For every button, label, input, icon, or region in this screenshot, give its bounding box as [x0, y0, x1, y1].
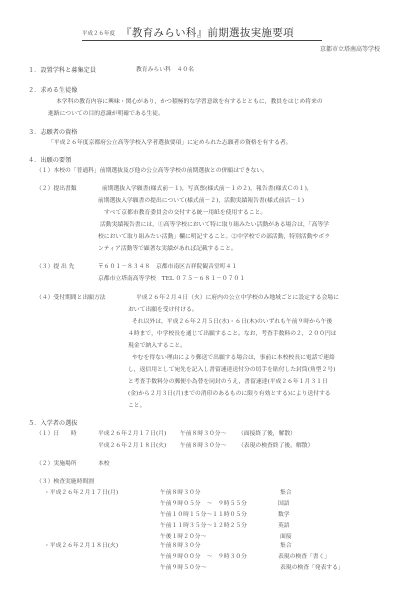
section-4-item-2-line: 活動実績報告書には，①高等学校において特に取り組みたい活動がある場合は，「高等学 [100, 223, 329, 229]
section-4-item-2-line: ンティア活動等で顕著な実績があれば記載すること。 [98, 247, 237, 253]
section-5-item-3-label: （３）検査実施時間割 [36, 480, 94, 486]
timetable-time: 午前９時００分 ～ ９時３０分 [160, 555, 247, 561]
section-5-item-2-label: （２）実施場所 [36, 462, 77, 468]
timetable-time: 午後１時２０分～ [160, 535, 206, 541]
section-1-heading: １．設置学科と募集定員 [28, 68, 96, 74]
section-2-line: 本学科の教育内容に興味・関心があり，かつ積極的な学習意欲を有するとともに，教員を… [56, 100, 323, 106]
section-4-item-4-line: ４時まで，中学校長を通じて出願すること。なお，考査手数料の２，２００円は [128, 332, 337, 338]
timetable-subject: 集合 [280, 544, 292, 550]
section-2-heading: ２．求める生徒像 [28, 88, 78, 94]
schedule-note: （面接終了後，解散） [238, 432, 296, 438]
section-5-heading: ５．入学者の選抜 [28, 421, 78, 427]
school-name: 京都市立塔南高等学校 [320, 47, 380, 53]
timetable-subject: 面接 [280, 535, 292, 541]
section-4-item-3-line: 〒６０１－８３４８ 京都市南区吉祥院観音堂町４１ [98, 265, 237, 271]
section-3-line: 「平成２６年度京都府公立高等学校入学者選抜要項」に定められた志願者の資格を有する… [48, 141, 291, 147]
section-4-item-4-line: 平成２６年２月４日（火）に府内の公立中学校のみ地域ごとに設定する会場に [136, 296, 339, 302]
schedule-date: 平成２６年２月１８日(火) [98, 444, 166, 450]
timetable-subject: 表現の検査「書く」 [278, 555, 330, 561]
section-4-item-4-line: それ以外は，平成２６年２月５日(水)・６日(木)のいずれも午前９時から午後 [132, 320, 332, 326]
timetable-subject: 集合 [280, 491, 292, 497]
timetable-day-date: ・平成２６年２月１８日(火) [44, 544, 118, 550]
section-3-heading: ３．志願者の資格 [28, 130, 78, 136]
section-4-heading: ４．出願の要領 [28, 158, 71, 164]
section-4-item-4-line: (金)から２月３日(月)までの消印のあるものに限り有効とする)により送付する [128, 392, 331, 398]
timetable-time: 午前１１時３５分～１２時２５分 [160, 524, 247, 530]
section-4-item-2-line: 前期選抜入学願書(様式前－１)，写真票(様式前－１の２)，報告書(様式Ｃの１)， [102, 187, 313, 193]
section-4-item-2-label: （２）提出書類 [36, 187, 77, 193]
timetable-subject: 表現の検査「発表する」 [280, 566, 344, 572]
title-year: 平成２６年度 [82, 31, 115, 37]
timetable-day-date: ・平成２６年２月１７日(月) [44, 491, 118, 497]
document-title: 平成２６年度『教育みらい科』前期選抜実施要項 [82, 28, 322, 41]
section-4-item-4-label: （４）受付期間と出願方法 [36, 296, 106, 302]
timetable-time: 午前８時３０分 [160, 544, 201, 550]
section-4-item-2-line: すべて京都市教育委員会の交付する統一用紙を使用すること。 [104, 211, 266, 217]
section-4-item-4-line: と考査手数料分の郵便小為替を同封のうえ，書留速達(平成２６年１月３１日 [128, 380, 328, 386]
timetable-time: 午前９時０５分 ～ ９時５５分 [160, 502, 247, 508]
timetable-subject: 国語 [278, 502, 290, 508]
schedule-time: 午前８時３０分～ [180, 444, 226, 450]
section-4-item-4-line: し，返信用として宛先を記入し書留速達送付分の切手を貼付した封筒(角型２号) [128, 368, 335, 374]
timetable-time: 午前８時３０分 [160, 491, 201, 497]
schedule-date: 平成２６年２月１７日(月) [98, 432, 166, 438]
section-4-item-4-line: おいて出願を受け付ける。 [128, 308, 198, 314]
timetable-time: 午前９時５０分～ [160, 566, 206, 572]
section-5-item-2-value: 本校 [98, 462, 110, 468]
timetable-subject: 英語 [278, 524, 290, 530]
section-2-line: 進路についての目的意識が明確である生徒。 [48, 112, 164, 118]
title-main: 『教育みらい科』前期選抜実施要項 [121, 27, 294, 39]
schedule-time: 午前８時３０分～ [180, 432, 226, 438]
section-4-item-3-line: 京都市立塔南高等学校 TEL ０７５－６８１－０７０１ [98, 277, 245, 283]
timetable-time: 午前１０時１５分～１１時０５分 [160, 513, 247, 519]
section-4-item-2-line: 前期選抜入学願書の提出について(様式前－２)，活動実績報告書(様式前活－１) [98, 199, 304, 205]
schedule-note: （表現の検査終了後，解散） [238, 444, 313, 450]
section-1-value: 教育みらい科 ４０名 [136, 68, 194, 74]
section-4-item-3-label: （３）提 出 先 [36, 265, 74, 271]
section-5-item-1-label: （１）日 時 [36, 432, 77, 438]
section-4-item-1: （１）本校の「普通科」前期選抜及び他の公立高等学校の前期選抜との併願はできない。 [36, 169, 268, 175]
section-4-item-4-line: やむを得ない理由により郵送で出願する場合は，事前に本校校長に電話で連絡 [132, 356, 335, 362]
timetable-subject: 数学 [278, 513, 290, 519]
section-4-item-2-line: 校において取り組みたい活動」欄に明記すること。②中学校での部活動，特別活動やボラ [98, 235, 330, 241]
section-4-item-4-line: こと。 [128, 404, 145, 410]
section-4-item-4-line: 現金で納入すること。 [128, 344, 186, 350]
